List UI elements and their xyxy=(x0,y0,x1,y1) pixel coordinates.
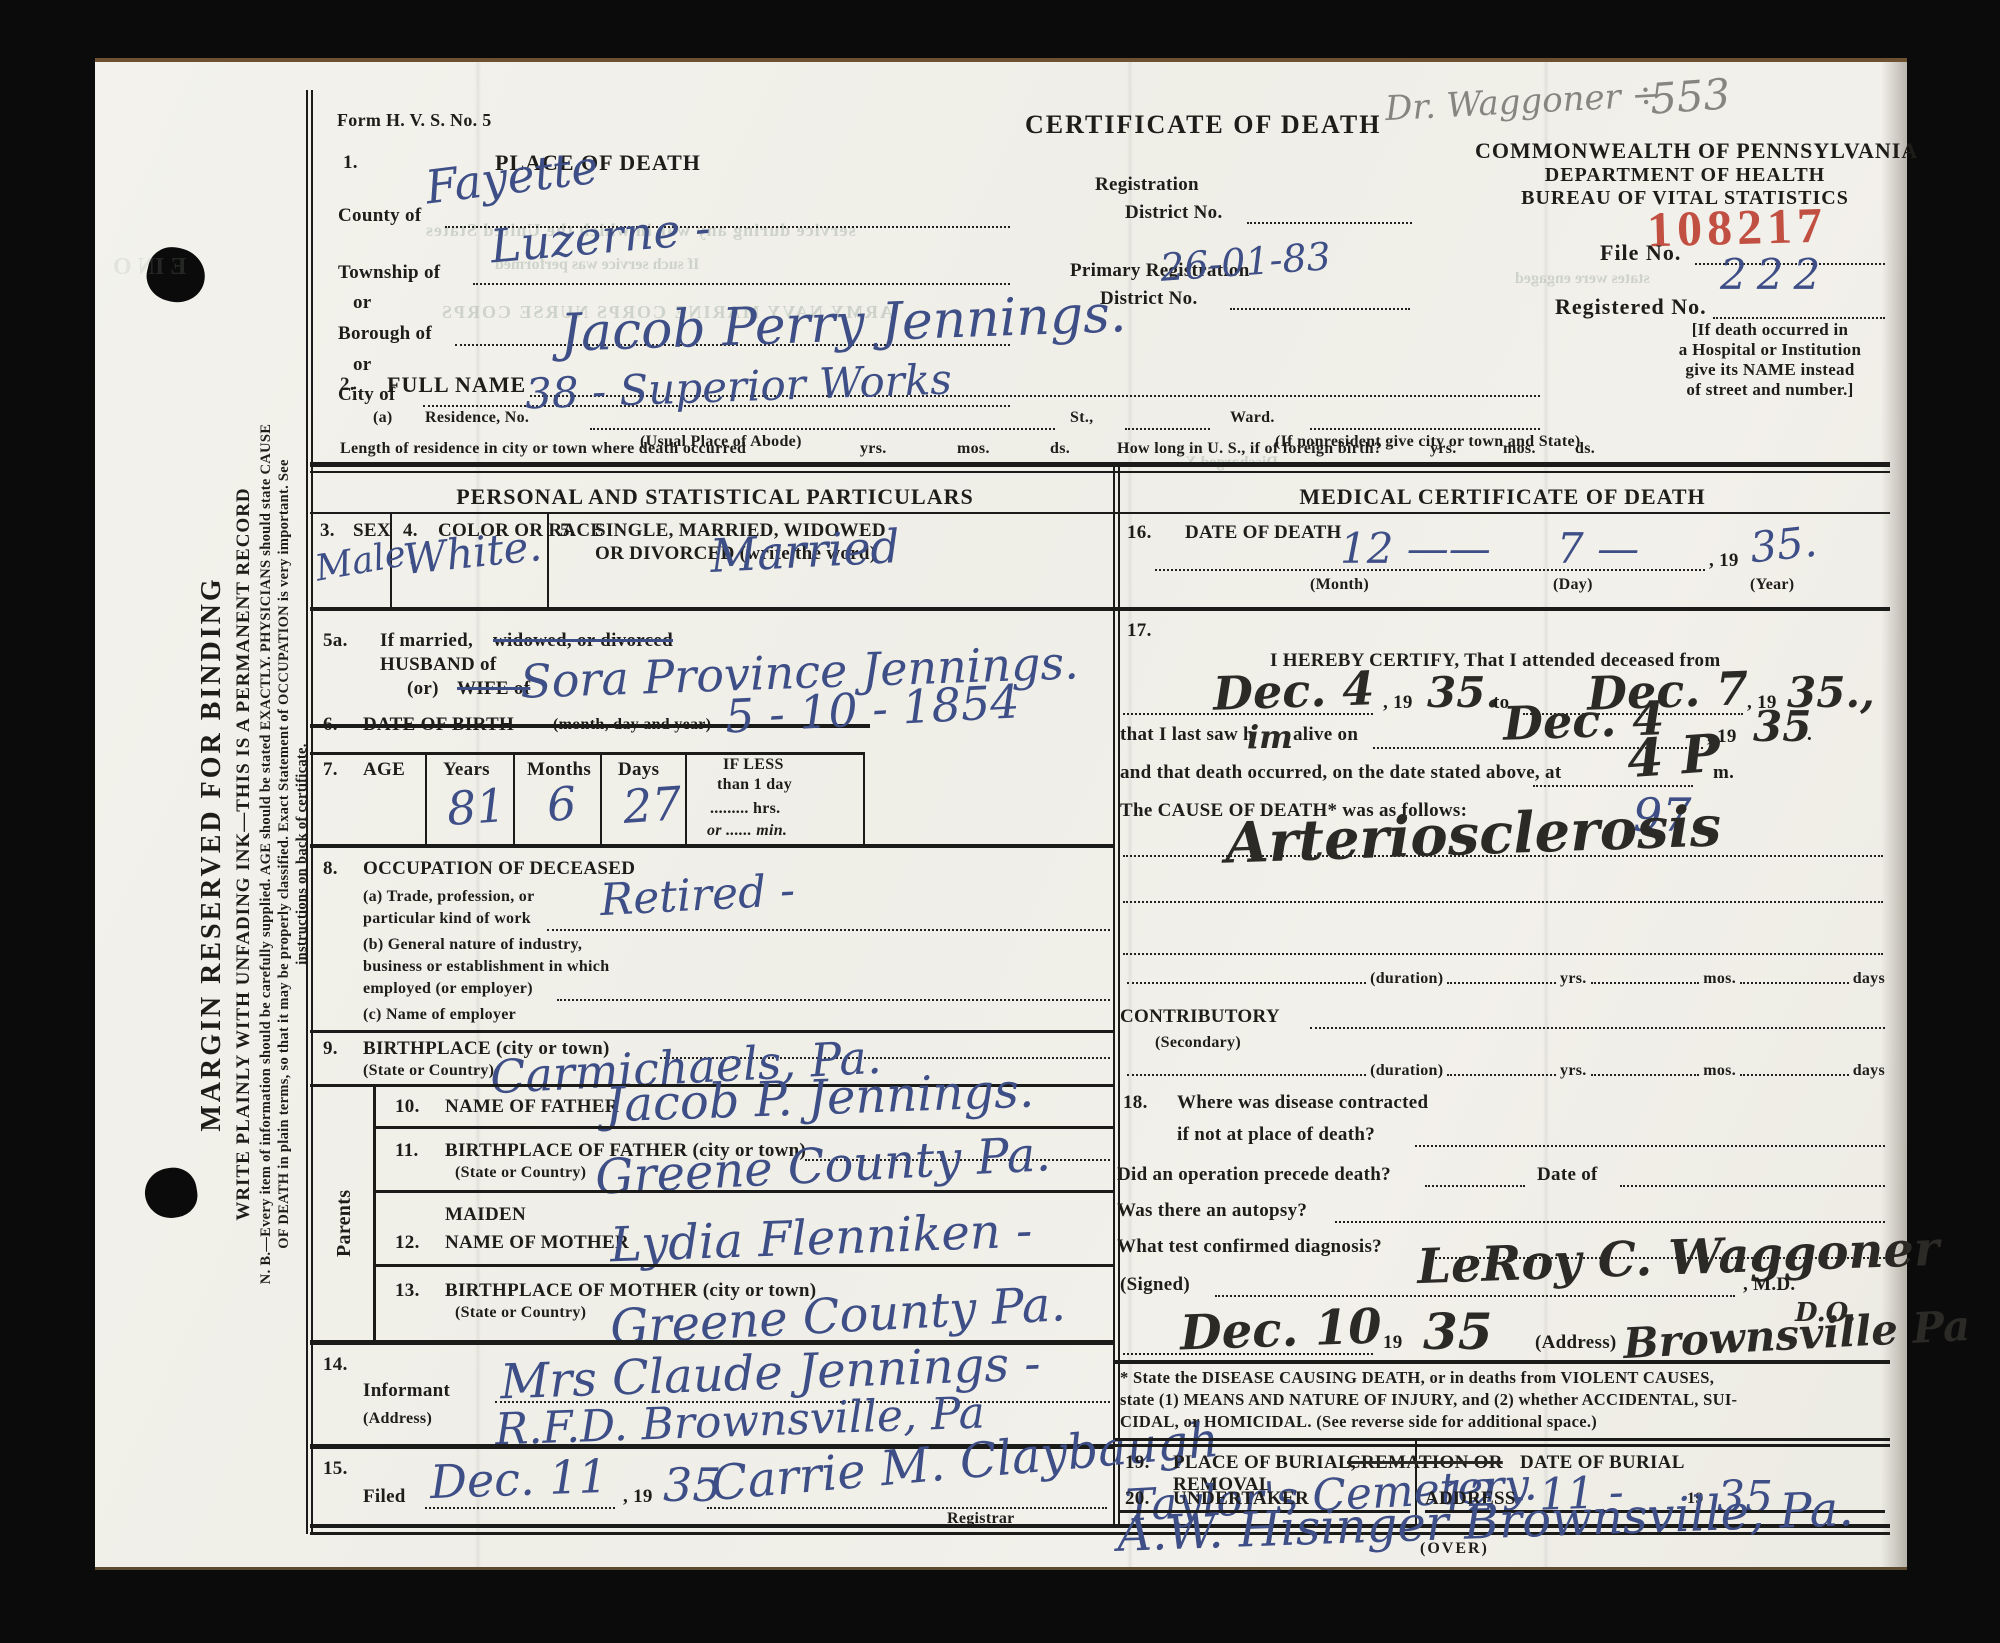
dotted-leader xyxy=(1127,1071,1366,1076)
form-border xyxy=(311,90,313,1534)
rule xyxy=(310,752,865,755)
column-divider xyxy=(1113,462,1115,1527)
dod-19: , 19 xyxy=(1709,550,1739,572)
yrs-label: yrs. xyxy=(1430,440,1457,458)
lastsaw-pre: that I last saw h xyxy=(1120,724,1254,746)
section5a-number: 5a. xyxy=(323,630,348,652)
rule xyxy=(310,1030,1115,1033)
birthplace-note: (State or Country) xyxy=(363,1062,494,1080)
or-label: or xyxy=(353,354,372,376)
binding-margin-block: MARGIN RESERVED FOR BINDING WRITE PLAINL… xyxy=(193,154,311,1554)
rule xyxy=(310,844,1115,848)
hrs-label: ......... hrs. xyxy=(710,800,780,818)
min-label: or ...... min. xyxy=(707,822,787,840)
duration-line: (duration) yrs. mos. days xyxy=(1123,970,1885,988)
from-year-value: 35. xyxy=(1427,668,1500,717)
st-label: St., xyxy=(1070,409,1093,427)
occupation-label: OCCUPATION OF DECEASED xyxy=(363,858,635,880)
punch-hole xyxy=(141,1164,201,1222)
filed-number: 15. xyxy=(323,1458,348,1480)
dotted-leader xyxy=(1230,305,1410,310)
form-border xyxy=(306,90,308,1534)
occ-b-line2: business or establishment in which xyxy=(363,958,609,976)
mother-number: 12. xyxy=(395,1232,420,1254)
dod-year-value: 35. xyxy=(1748,517,1820,573)
margin-write-plainly-text: WRITE PLAINLY WITH UNFADING INK—THIS IS … xyxy=(231,154,257,1554)
hospital-note-line: of street and number.] xyxy=(1640,380,1900,400)
marital-value: Married xyxy=(709,519,901,583)
dotted-leader xyxy=(557,996,1110,1001)
lastsaw-period: . xyxy=(1807,724,1812,746)
parents-vertical-label: Parents xyxy=(333,1190,356,1257)
signed-year-value: 35 xyxy=(1423,1302,1493,1361)
dotted-leader xyxy=(1740,1071,1849,1076)
residence-a: (a) xyxy=(373,409,393,427)
burial-number: 19. xyxy=(1125,1452,1150,1474)
ghost-showthrough-text: E IN O xyxy=(113,254,186,281)
section1-number: 1. xyxy=(343,152,358,174)
filed-date-value: Dec. 11 xyxy=(429,1449,608,1509)
operation-question: Did an operation precede death? xyxy=(1117,1164,1391,1186)
scanned-death-certificate: { "colors": { "stamp_red": "#bb3a2c", "i… xyxy=(0,0,2000,1643)
certificate-paper: service during any war in which the Unit… xyxy=(95,58,1907,1570)
yrs-label: yrs. xyxy=(1560,1062,1587,1080)
occ-b-line3: employed (or employer) xyxy=(363,980,533,998)
township-label: Township of xyxy=(338,262,440,284)
father-label: NAME OF FATHER xyxy=(445,1096,619,1118)
mother-value: Lydia Flenniken - xyxy=(609,1203,1033,1274)
mos-label: mos. xyxy=(1503,440,1536,458)
signed-19: 19 xyxy=(1383,1332,1403,1354)
hospital-note-line: [If death occurred in xyxy=(1640,320,1900,340)
s5a-struck-words: widowed, or divorced xyxy=(493,630,673,652)
dotted-leader xyxy=(1123,950,1883,955)
commonwealth-line: COMMONWEALTH OF PENNSYLVANIA xyxy=(1475,138,1895,164)
dotted-leader xyxy=(590,425,1055,430)
days-label: days xyxy=(1853,1062,1885,1080)
footnote-line3: CIDAL, or HOMICIDAL. (See reverse side f… xyxy=(1120,1412,1597,1432)
dotted-leader xyxy=(1447,979,1556,984)
dotted-leader xyxy=(1123,898,1883,903)
s5a-husband-of: HUSBAND of xyxy=(380,654,496,676)
dotted-leader xyxy=(1127,979,1366,984)
dotted-leader xyxy=(1447,1071,1556,1076)
ifless-label-1: IF LESS xyxy=(723,756,784,774)
cell-divider xyxy=(685,752,687,844)
occurred-time-value: 4 P xyxy=(1625,723,1722,790)
father-bp-number: 11. xyxy=(395,1140,419,1162)
filed-19: , 19 xyxy=(623,1486,653,1508)
dotted-leader xyxy=(473,280,1010,285)
marital-number: 5. xyxy=(560,520,575,542)
mother-label: NAME OF MOTHER xyxy=(445,1232,629,1254)
rule xyxy=(310,512,1115,514)
age-number: 7. xyxy=(323,759,338,781)
margin-reserved-text: MARGIN RESERVED FOR BINDING xyxy=(193,154,231,1554)
q18-number: 18. xyxy=(1123,1092,1148,1114)
md-label: , M.D. xyxy=(1743,1274,1795,1296)
dotted-leader xyxy=(1740,979,1849,984)
length-residence-label: Length of residence in city or town wher… xyxy=(340,440,746,458)
borough-label: Borough of xyxy=(338,323,432,345)
or-label: or xyxy=(353,292,372,314)
dod-number: 16. xyxy=(1127,522,1152,544)
dob-label: DATE OF BIRTH xyxy=(363,714,514,736)
year-caption: (Year) xyxy=(1750,576,1794,594)
s5a-if-married: If married, xyxy=(380,630,473,652)
father-number: 10. xyxy=(395,1096,420,1118)
dob-note: (month, day and year) xyxy=(553,716,711,734)
rule xyxy=(310,462,1890,467)
physician-signature: LeRoy C. Waggoner xyxy=(1416,1221,1940,1295)
registered-no-label: Registered No. xyxy=(1555,294,1707,320)
q18-line1: Where was disease contracted xyxy=(1177,1092,1428,1114)
dotted-leader xyxy=(1310,1024,1885,1029)
certificate-title: CERTIFICATE OF DEATH xyxy=(1025,110,1381,140)
occ-a-line1: (a) Trade, profession, or xyxy=(363,888,535,906)
hospital-note: [If death occurred in a Hospital or Inst… xyxy=(1640,320,1900,400)
department-line: DEPARTMENT OF HEALTH xyxy=(1475,164,1895,187)
cell-divider xyxy=(863,752,865,844)
month-caption: (Month) xyxy=(1310,576,1369,594)
occ-b-line1: (b) General nature of industry, xyxy=(363,936,582,954)
over-label: (OVER) xyxy=(1420,1540,1489,1558)
mother-bp-note: (State or Country) xyxy=(455,1304,586,1322)
dotted-leader xyxy=(1620,1182,1885,1187)
operation-date-label: Date of xyxy=(1537,1164,1598,1186)
county-value: Fayette xyxy=(422,140,601,215)
dotted-leader xyxy=(547,926,1110,931)
informant-number: 14. xyxy=(323,1354,348,1376)
dotted-leader xyxy=(1591,1071,1700,1076)
age-days-value: 27 xyxy=(621,776,683,834)
hospital-note-line: a Hospital or Institution xyxy=(1640,340,1900,360)
pencil-annotation-number: 553 xyxy=(1648,69,1731,123)
dod-month-value: 12 —— xyxy=(1340,524,1491,573)
pencil-annotation: Dr. Waggoner ÷ xyxy=(1384,75,1661,129)
dotted-leader xyxy=(1247,219,1412,224)
dod-day-value: 7 — xyxy=(1557,524,1639,573)
s5a-or: (or) xyxy=(407,678,439,700)
lastsaw-post: alive on xyxy=(1293,724,1358,746)
dotted-leader xyxy=(1713,314,1885,319)
personal-heading: PERSONAL AND STATISTICAL PARTICULARS xyxy=(395,484,1035,510)
filed-label: Filed xyxy=(363,1486,406,1508)
full-name-label: FULL NAME xyxy=(387,372,526,398)
residence-label: Residence, No. xyxy=(425,409,529,427)
footnote-line1: * State the DISEASE CAUSING DEATH, or in… xyxy=(1120,1368,1714,1388)
signed-address-value: Brownsville Pa xyxy=(1622,1301,1971,1368)
ds-label: ds. xyxy=(1575,440,1595,458)
mos-label: mos. xyxy=(957,440,990,458)
certify-number: 17. xyxy=(1127,620,1152,642)
howlong-label: How long in U. S., if of foreign birth? xyxy=(1117,440,1382,458)
duration-label: (duration) xyxy=(1370,1062,1443,1080)
margin-nb-text: OF DEATH in plain terms, so that it may … xyxy=(275,154,293,1554)
signed-label: (Signed) xyxy=(1120,1274,1190,1296)
medical-heading: MEDICAL CERTIFICATE OF DEATH xyxy=(1115,484,1890,510)
day-caption: (Day) xyxy=(1553,576,1593,594)
sex-number: 3. xyxy=(320,520,335,542)
ifless-label-2: than 1 day xyxy=(717,776,792,794)
informant-label: Informant xyxy=(363,1380,450,1402)
dotted-leader xyxy=(1335,1218,1885,1223)
rule xyxy=(1115,1444,1890,1447)
dotted-leader xyxy=(1415,1142,1885,1147)
days-label: days xyxy=(1853,970,1885,988)
age-years-value: 81 xyxy=(445,778,507,836)
secondary-label: (Secondary) xyxy=(1155,1034,1241,1052)
rule xyxy=(1115,1438,1890,1441)
residence-value: 38 - Superior Works xyxy=(524,355,952,419)
informant-address-label: (Address) xyxy=(363,1410,432,1428)
mother-bp-number: 13. xyxy=(395,1280,420,1302)
occupation-value: Retired - xyxy=(599,865,796,926)
rule xyxy=(1115,607,1890,611)
occ-c-label: (c) Name of employer xyxy=(363,1006,516,1024)
margin-nb-text: N. B.—Every item of information should b… xyxy=(257,154,275,1554)
registration-district-label: District No. xyxy=(1125,202,1223,224)
cell-divider xyxy=(513,752,515,844)
attended-from-value: Dec. 4 xyxy=(1212,661,1375,721)
mos-label: mos. xyxy=(1703,970,1736,988)
margin-nb-text: instructions on back of certificate. xyxy=(293,154,311,1554)
yrs-label: yrs. xyxy=(1560,970,1587,988)
full-name-value: Jacob Perry Jennings. xyxy=(559,284,1127,364)
registration-label: Registration xyxy=(1095,174,1199,196)
cell-divider xyxy=(425,752,427,844)
registered-no-value: 222 xyxy=(1720,250,1830,299)
rule xyxy=(373,1264,1115,1267)
ward-label: Ward. xyxy=(1230,409,1275,427)
from-19: , 19 xyxy=(1383,692,1413,714)
form-number: Form H. V. S. No. 5 xyxy=(337,110,492,131)
occ-a-line2: particular kind of work xyxy=(363,910,531,928)
dob-number: 6. xyxy=(323,714,338,736)
rule xyxy=(310,471,1890,473)
hospital-note-line: give its NAME instead xyxy=(1640,360,1900,380)
maiden-label: MAIDEN xyxy=(445,1204,526,1226)
autopsy-question: Was there an autopsy? xyxy=(1117,1200,1307,1222)
race-value: White. xyxy=(401,521,544,584)
signed-address-label: (Address) xyxy=(1535,1332,1617,1354)
file-no-label: File No. xyxy=(1600,240,1681,266)
cell-divider xyxy=(600,752,602,844)
footnote-line2: state (1) MEANS AND NATURE OF INJURY, an… xyxy=(1120,1390,1737,1410)
section2-number: 2. xyxy=(340,374,355,396)
occurred-text: and that death occurred, on the date sta… xyxy=(1120,762,1561,784)
occurred-m: m. xyxy=(1713,762,1734,784)
rule xyxy=(310,607,1115,611)
mos-label: mos. xyxy=(1703,1062,1736,1080)
signed-date-value: Dec. 10 xyxy=(1179,1298,1382,1361)
age-label: AGE xyxy=(363,759,405,781)
contributory-label: CONTRIBUTORY xyxy=(1120,1006,1280,1028)
dotted-leader xyxy=(1425,1182,1525,1187)
rule xyxy=(1115,512,1890,514)
lastsaw-year-value: 35 xyxy=(1753,702,1811,751)
birthplace-number: 9. xyxy=(323,1038,338,1060)
yrs-label: yrs. xyxy=(860,440,887,458)
dod-label: DATE OF DEATH xyxy=(1185,522,1342,544)
father-bp-value: Greene County Pa. xyxy=(594,1126,1052,1206)
dotted-leader xyxy=(1125,425,1210,430)
rule xyxy=(1115,1360,1890,1364)
father-bp-note: (State or Country) xyxy=(455,1164,586,1182)
county-label: County of xyxy=(338,205,421,227)
parents-bracket xyxy=(373,1084,376,1340)
age-months-value: 6 xyxy=(545,776,578,832)
q18-line2: if not at place of death? xyxy=(1177,1124,1375,1146)
test-question: What test confirmed diagnosis? xyxy=(1117,1236,1382,1258)
dotted-leader xyxy=(1310,425,1540,430)
duration-label: (duration) xyxy=(1370,970,1443,988)
rule xyxy=(373,1190,1115,1193)
years-header: Years xyxy=(443,759,490,781)
primary-district-value: 26-01-83 xyxy=(1159,234,1332,290)
duration-line-2: (duration) yrs. mos. days xyxy=(1123,1062,1885,1080)
ds-label: ds. xyxy=(1050,440,1070,458)
lastsaw-him: im xyxy=(1247,718,1293,756)
dotted-leader xyxy=(1591,979,1700,984)
ghost-showthrough-text: states were engaged xyxy=(1515,270,1650,288)
occupation-number: 8. xyxy=(323,858,338,880)
